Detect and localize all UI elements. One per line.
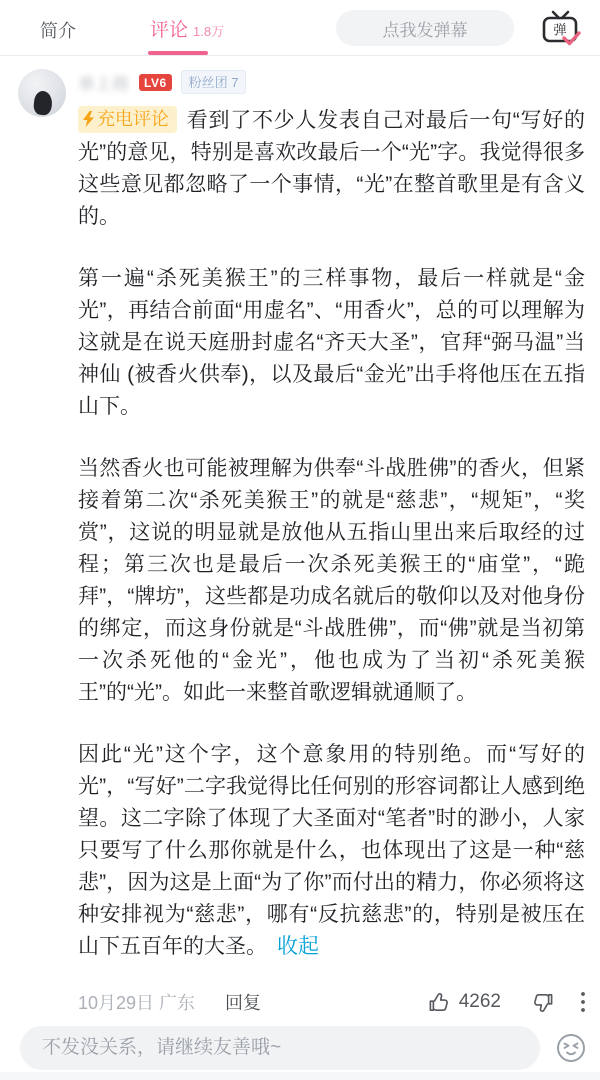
comment-paragraph: 第一遍“杀死美猴王”的三样事物，最后一样就是“金光”，再结合前面“用虚名”、“用…: [78, 263, 585, 423]
fan-club-badge: 粉丝团 7: [181, 70, 247, 94]
thumbs-down-icon: [531, 991, 554, 1014]
comment-footer: 10月29日 广东 回复 4262: [78, 986, 586, 1018]
more-options-icon[interactable]: [580, 990, 586, 1014]
comment-user-row: 单上将 LV6 粉丝团 7: [78, 70, 600, 94]
lightning-icon: [83, 111, 94, 127]
comment-input[interactable]: [20, 1026, 540, 1070]
username[interactable]: 单上将: [78, 70, 129, 95]
avatar[interactable]: [18, 69, 66, 117]
level-badge: LV6: [139, 74, 172, 91]
comment-tabs-bar: 简介 评论 1.8万 点我发弹幕 弹: [0, 0, 600, 56]
charge-badge-label: 充电评论: [97, 107, 169, 131]
like-button[interactable]: 4262: [428, 991, 501, 1014]
comments-count: 1.8万: [193, 21, 224, 40]
tab-comments-label: 评论: [150, 15, 188, 42]
emoji-icon[interactable]: [555, 1032, 587, 1064]
comment-paragraph: 因此“光”这个字，这个意象用的特别绝。而“写好的光”，“写好”二字我觉得比任何别…: [78, 739, 585, 963]
bottom-strip: [0, 1072, 600, 1080]
thumbs-up-icon: [428, 991, 451, 1014]
active-tab-underline: [148, 51, 208, 55]
comment-input-bar: [0, 1018, 600, 1072]
comment-paragraph: 当然香火也可能被理解为供奉“斗战胜佛”的香火，但紧接着第二次“杀死美猴王”的就是…: [78, 453, 585, 709]
like-count: 4262: [459, 991, 501, 1013]
paragraph-text: 因此“光”这个字，这个意象用的特别绝。而“写好的光”，“写好”二字我觉得比任何别…: [78, 743, 585, 958]
comment-body: 充电评论 看到了不少人发表自己对最后一句“写好的光”的意见，特别是喜欢改最后一个…: [78, 105, 585, 963]
dislike-button[interactable]: [531, 991, 554, 1014]
danmaku-input-pill[interactable]: 点我发弹幕: [336, 10, 514, 46]
reply-button[interactable]: 回复: [225, 989, 261, 1015]
danmaku-toggle-icon[interactable]: 弹: [538, 8, 584, 50]
vertical-ellipsis-icon: [580, 990, 586, 1014]
tab-comments[interactable]: 评论 1.8万: [150, 15, 224, 42]
tab-intro[interactable]: 简介: [40, 17, 76, 43]
comment-date-location: 10月29日 广东: [78, 989, 195, 1015]
comment-item: 单上将 LV6 粉丝团 7 充电评论 看到了不少人发表自己对最后一句“写好的光”…: [0, 56, 600, 963]
collapse-link[interactable]: 收起: [277, 935, 319, 958]
danmaku-icon-char: 弹: [553, 23, 567, 38]
comment-paragraph: 充电评论 看到了不少人发表自己对最后一句“写好的光”的意见，特别是喜欢改最后一个…: [78, 105, 585, 233]
charge-comment-badge: 充电评论: [78, 106, 177, 133]
